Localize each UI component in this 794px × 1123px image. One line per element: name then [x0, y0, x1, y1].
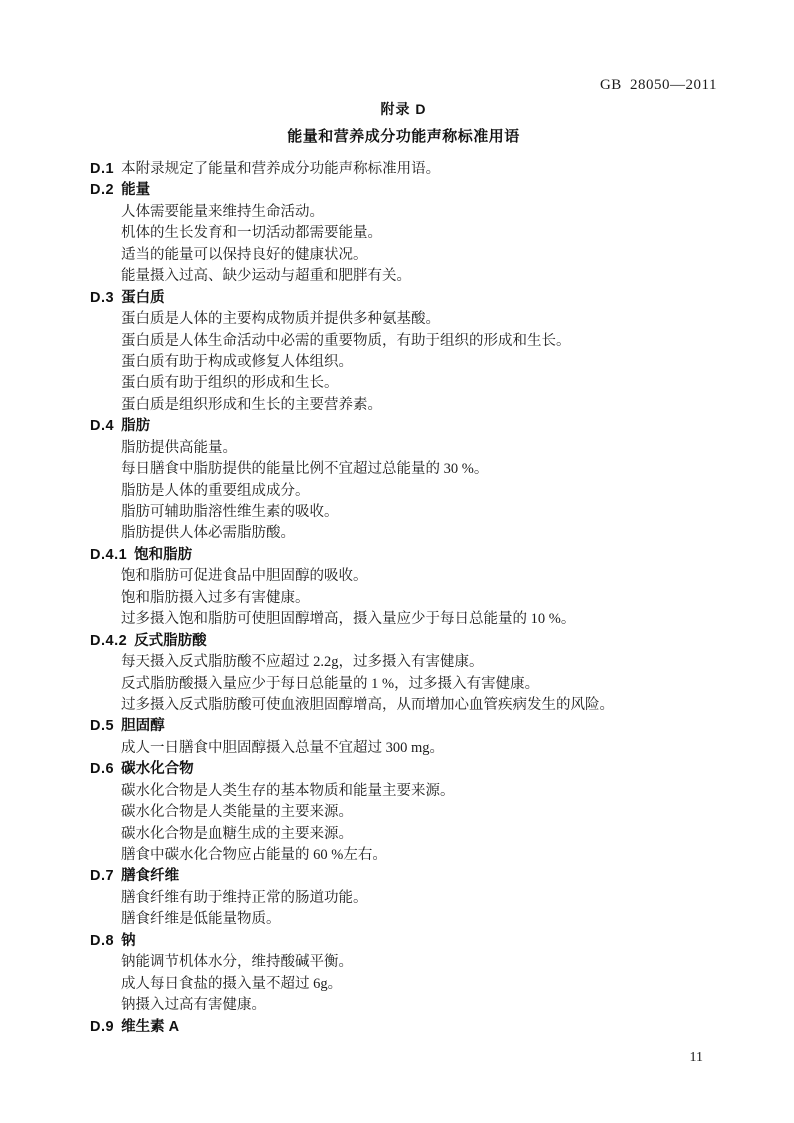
statement-line: 碳水化合物是人类能量的主要来源。 [90, 802, 750, 823]
clause-number: D.4 [90, 416, 114, 437]
statement-text: 适当的能量可以保持良好的健康状况。 [121, 247, 368, 263]
statement-line: 过多摄入反式脂肪酸可使血液胆固醇增高，从而增加心血管疾病发生的风险。 [90, 695, 750, 716]
statement-text: 蛋白质有助于构成或修复人体组织。 [121, 354, 353, 370]
statement-line: 膳食中碳水化合物应占能量的 60 %左右。 [90, 845, 750, 866]
statement-text: 脂肪可辅助脂溶性维生素的吸收。 [121, 504, 339, 520]
clause-title: 维生素 A [121, 1019, 179, 1035]
clause-title: 反式脂肪酸 [134, 633, 207, 649]
statement-text: 饱和脂肪摄入过多有害健康。 [121, 590, 310, 606]
statement-text: 膳食纤维是低能量物质。 [121, 911, 281, 927]
standard-number: GB 28050—2011 [600, 77, 717, 94]
clause-title: 钠 [121, 933, 136, 949]
statement-text: 脂肪提供高能量。 [121, 440, 237, 456]
statement-line: 成人每日食盐的摄入量不超过 6g。 [90, 974, 750, 995]
statement-text: 钠能调节机体水分，维持酸碱平衡。 [121, 954, 353, 970]
statement-text: 蛋白质有助于组织的形成和生长。 [121, 375, 339, 391]
clause-heading-line: D.6碳水化合物 [90, 759, 750, 780]
statement-text: 膳食中碳水化合物应占能量的 60 %左右。 [121, 847, 387, 863]
statement-text: 碳水化合物是血糖生成的主要来源。 [121, 826, 353, 842]
document-body: D.1本附录规定了能量和营养成分功能声称标准用语。D.2能量人体需要能量来维持生… [90, 159, 750, 1038]
statement-text: 钠摄入过高有害健康。 [121, 997, 266, 1013]
statement-text: 脂肪提供人体必需脂肪酸。 [121, 525, 295, 541]
statement-text: 成人每日食盐的摄入量不超过 6g。 [121, 976, 342, 992]
statement-line: 膳食纤维有助于维持正常的肠道功能。 [90, 888, 750, 909]
clause-heading-line: D.5胆固醇 [90, 716, 750, 737]
statement-text: 反式脂肪酸摄入量应少于每日总能量的 1 %，过多摄入有害健康。 [121, 676, 539, 692]
clause-number: D.5 [90, 716, 114, 737]
statement-text: 过多摄入反式脂肪酸可使血液胆固醇增高，从而增加心血管疾病发生的风险。 [121, 697, 614, 713]
title-block: 附录 D 能量和营养成分功能声称标准用语 [90, 99, 717, 146]
statement-text: 每日膳食中脂肪提供的能量比例不宜超过总能量的 30 %。 [121, 461, 488, 477]
statement-line: 过多摄入饱和脂肪可使胆固醇增高，摄入量应少于每日总能量的 10 %。 [90, 609, 750, 630]
statement-line: 饱和脂肪可促进食品中胆固醇的吸收。 [90, 566, 750, 587]
clause-title: 脂肪 [121, 418, 150, 434]
statement-text: 过多摄入饱和脂肪可使胆固醇增高，摄入量应少于每日总能量的 10 %。 [121, 611, 575, 627]
clause-heading-line: D.2能量 [90, 180, 750, 201]
clause-title: 膳食纤维 [121, 868, 179, 884]
clause-number: D.2 [90, 180, 114, 201]
clause-title: 碳水化合物 [121, 761, 194, 777]
statement-line: 膳食纤维是低能量物质。 [90, 909, 750, 930]
statement-line: 适当的能量可以保持良好的健康状况。 [90, 245, 750, 266]
statement-line: 人体需要能量来维持生命活动。 [90, 202, 750, 223]
statement-text: 饱和脂肪可促进食品中胆固醇的吸收。 [121, 568, 368, 584]
statement-line: 机体的生长发育和一切活动都需要能量。 [90, 223, 750, 244]
statement-text: 人体需要能量来维持生命活动。 [121, 204, 324, 220]
clause-heading-line: D.3蛋白质 [90, 288, 750, 309]
statement-line: 能量摄入过高、缺少运动与超重和肥胖有关。 [90, 266, 750, 287]
clause-title: 胆固醇 [121, 718, 165, 734]
statement-line: 蛋白质是组织形成和生长的主要营养素。 [90, 395, 750, 416]
clause-title: 能量 [121, 182, 150, 198]
clause-heading-line: D.7膳食纤维 [90, 866, 750, 887]
appendix-title: 附录 D [90, 99, 717, 119]
clause-number: D.8 [90, 931, 114, 952]
clause-number: D.6 [90, 759, 114, 780]
statement-line: 脂肪提供高能量。 [90, 438, 750, 459]
clause-number: D.7 [90, 866, 114, 887]
statement-text: 蛋白质是人体生命活动中必需的重要物质，有助于组织的形成和生长。 [121, 333, 571, 349]
statement-text: 能量摄入过高、缺少运动与超重和肥胖有关。 [121, 268, 411, 284]
statement-line: 蛋白质是人体的主要构成物质并提供多种氨基酸。 [90, 309, 750, 330]
statement-line: 蛋白质是人体生命活动中必需的重要物质，有助于组织的形成和生长。 [90, 331, 750, 352]
document-page: GB 28050—2011 附录 D 能量和营养成分功能声称标准用语 D.1本附… [0, 0, 794, 1123]
clause-heading-line: D.4.2反式脂肪酸 [90, 631, 750, 652]
statement-line: 蛋白质有助于组织的形成和生长。 [90, 373, 750, 394]
clause-heading-line: D.4脂肪 [90, 416, 750, 437]
statement-line: 脂肪提供人体必需脂肪酸。 [90, 523, 750, 544]
statement-line: 成人一日膳食中胆固醇摄入总量不宜超过 300 mg。 [90, 738, 750, 759]
statement-text: 蛋白质是组织形成和生长的主要营养素。 [121, 397, 382, 413]
statement-line: 碳水化合物是血糖生成的主要来源。 [90, 824, 750, 845]
statement-text: 每天摄入反式脂肪酸不应超过 2.2g，过多摄入有害健康。 [121, 654, 484, 670]
statement-line: 脂肪是人体的重要组成成分。 [90, 481, 750, 502]
statement-text: 脂肪是人体的重要组成成分。 [121, 483, 310, 499]
clause-title: 饱和脂肪 [134, 547, 192, 563]
statement-line: 饱和脂肪摄入过多有害健康。 [90, 588, 750, 609]
clause-number: D.4.1 [90, 545, 127, 566]
statement-text: 蛋白质是人体的主要构成物质并提供多种氨基酸。 [121, 311, 440, 327]
statement-line: 每天摄入反式脂肪酸不应超过 2.2g，过多摄入有害健康。 [90, 652, 750, 673]
statement-text: 膳食纤维有助于维持正常的肠道功能。 [121, 890, 368, 906]
page-number: 11 [690, 1050, 703, 1066]
clause-title: 蛋白质 [121, 290, 165, 306]
clause-number: D.1 [90, 159, 114, 180]
statement-line: 脂肪可辅助脂溶性维生素的吸收。 [90, 502, 750, 523]
clause-heading-line: D.1本附录规定了能量和营养成分功能声称标准用语。 [90, 159, 750, 180]
clause-heading-line: D.4.1饱和脂肪 [90, 545, 750, 566]
clause-number: D.9 [90, 1017, 114, 1038]
statement-text: 机体的生长发育和一切活动都需要能量。 [121, 225, 382, 241]
statement-line: 每日膳食中脂肪提供的能量比例不宜超过总能量的 30 %。 [90, 459, 750, 480]
clause-number: D.4.2 [90, 631, 127, 652]
clause-title: 本附录规定了能量和营养成分功能声称标准用语。 [121, 161, 440, 177]
clause-number: D.3 [90, 288, 114, 309]
statement-line: 蛋白质有助于构成或修复人体组织。 [90, 352, 750, 373]
appendix-subtitle: 能量和营养成分功能声称标准用语 [90, 125, 717, 146]
statement-line: 碳水化合物是人类生存的基本物质和能量主要来源。 [90, 781, 750, 802]
statement-text: 成人一日膳食中胆固醇摄入总量不宜超过 300 mg。 [121, 740, 444, 756]
clause-heading-line: D.8钠 [90, 931, 750, 952]
statement-text: 碳水化合物是人类能量的主要来源。 [121, 804, 353, 820]
statement-line: 钠摄入过高有害健康。 [90, 995, 750, 1016]
statement-line: 钠能调节机体水分，维持酸碱平衡。 [90, 952, 750, 973]
statement-line: 反式脂肪酸摄入量应少于每日总能量的 1 %，过多摄入有害健康。 [90, 674, 750, 695]
clause-heading-line: D.9维生素 A [90, 1017, 750, 1038]
statement-text: 碳水化合物是人类生存的基本物质和能量主要来源。 [121, 783, 455, 799]
